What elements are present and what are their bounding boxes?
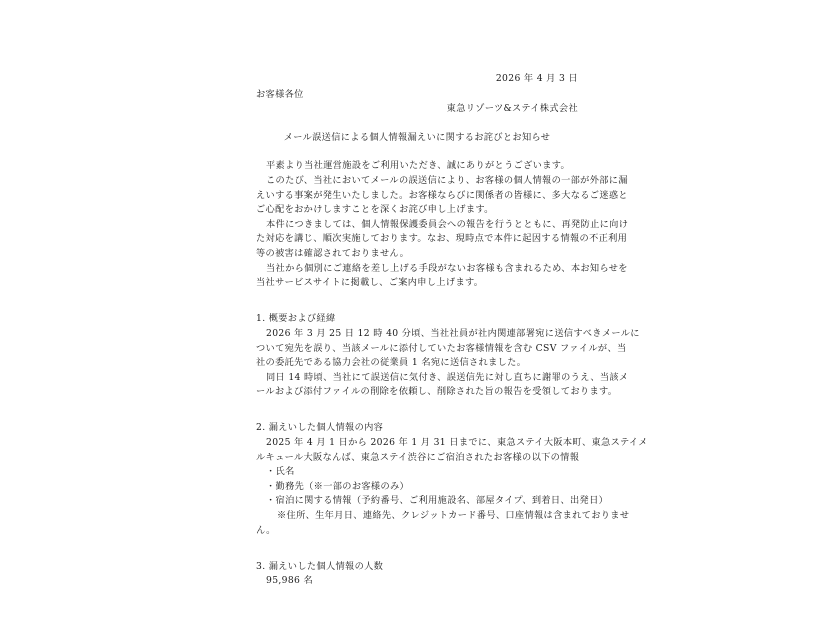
section-line: ールおよび添付ファイルの削除を依頼し、削除された旨の報告を受領しております。 [256, 385, 578, 400]
intro-line: 平素より当社運営施設をご利用いただき、誠にありがとうございます。 [256, 159, 578, 174]
section-line: 社の委託先である協力会社の従業員 1 名宛に送信されました。 [256, 356, 578, 371]
document-title: メール誤送信による個人情報漏えいに関するお詫びとお知らせ [256, 131, 578, 146]
document-date: 2026 年 4 月 3 日 [256, 72, 578, 87]
intro-line: 当社サービスサイトに掲載し、ご案内申し上げます。 [256, 276, 578, 291]
section-overview: 1. 概要および経緯 2026 年 3 月 25 日 12 時 40 分頃、当社… [256, 312, 578, 400]
affected-count: 95,986 名 [256, 574, 578, 589]
addressee: お客様各位 [256, 88, 578, 103]
section-line: 2026 年 3 月 25 日 12 時 40 分頃、当社社員が社内関連部署宛に… [256, 327, 578, 342]
intro-line: ご心配をおかけしますことを深くお詫び申し上げます。 [256, 203, 578, 218]
note-line: ん。 [256, 524, 578, 539]
company-name: 東急リゾーツ&ステイ株式会社 [256, 102, 578, 117]
intro-line: このたび、当社においてメールの誤送信により、お客様の個人情報の一部が外部に漏 [256, 174, 578, 189]
intro-paragraphs: 平素より当社運営施設をご利用いただき、誠にありがとうございます。 このたび、当社… [256, 159, 578, 290]
section-heading: 2. 漏えいした個人情報の内容 [256, 421, 578, 436]
list-item: ・宿泊に関する情報（予約番号、ご利用施設名、部屋タイプ、到着日、出発日） [256, 494, 578, 509]
intro-line: 当社から個別にご連絡を差し上げる手段がないお客様も含まれるため、本お知らせを [256, 262, 578, 277]
section-heading: 1. 概要および経緯 [256, 312, 578, 327]
intro-line: 本件につきましては、個人情報保護委員会への報告を行うとともに、再発防止に向け [256, 218, 578, 233]
section-line: 2025 年 4 月 1 日から 2026 年 1 月 31 日までに、東急ステ… [256, 436, 578, 451]
section-line: 同日 14 時頃、当社にて誤送信に気付き、誤送信先に対し直ちに謝罪のうえ、当該メ [256, 371, 578, 386]
document-page: 2026 年 4 月 3 日 お客様各位 東急リゾーツ&ステイ株式会社 メール誤… [256, 72, 578, 589]
section-leaked-info: 2. 漏えいした個人情報の内容 2025 年 4 月 1 日から 2026 年 … [256, 421, 578, 538]
section-line: ルキュール大阪なんば、東急ステイ渋谷にご宿泊されたお客様の以下の情報 [256, 451, 578, 466]
list-item: ・氏名 [256, 465, 578, 480]
note-line: ※住所、生年月日、連絡先、クレジットカード番号、口座情報は含まれておりませ [256, 509, 578, 524]
section-line: ついて宛先を誤り、当該メールに添付していたお客様情報を含む CSV ファイルが、… [256, 342, 578, 357]
intro-line: 等の被害は確認されておりません。 [256, 247, 578, 262]
section-count: 3. 漏えいした個人情報の人数 95,986 名 [256, 560, 578, 589]
section-heading: 3. 漏えいした個人情報の人数 [256, 560, 578, 575]
list-item: ・勤務先（※一部のお客様のみ） [256, 480, 578, 495]
intro-line: えいする事案が発生いたしました。お客様ならびに関係者の皆様に、多大なるご迷惑と [256, 189, 578, 204]
intro-line: た対応を講じ、順次実施しております。なお、現時点で本件に起因する情報の不正利用 [256, 232, 578, 247]
